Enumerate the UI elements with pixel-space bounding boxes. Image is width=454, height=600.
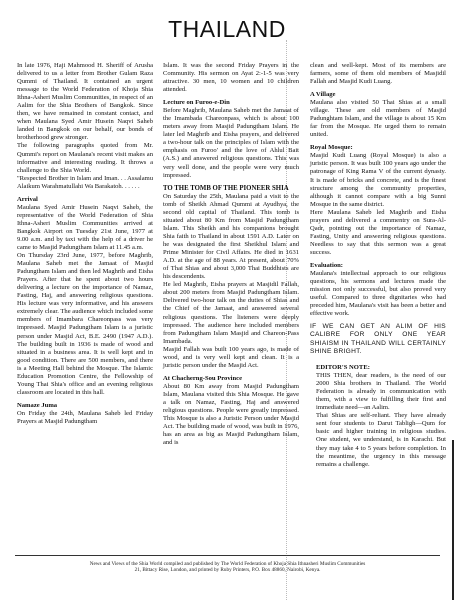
paragraph: He led Maghrib, Eisha prayers at Masjidi… [163,281,299,345]
paragraph: About 80 Km away from Masjid Padungtham … [163,383,299,447]
call-to-action-caps: IF WE CAN GET AN ALIM OF HIS CALIBRE FOR… [310,323,446,356]
paragraph: clean and well-kept. Most of its members… [310,62,446,86]
paragraph: On Saturday the 25th, Maulana paid a vis… [163,193,299,282]
paragraph: Before Maghrib, Maulana Saheb met the Ja… [163,107,299,179]
section-heading-village: A Village [310,91,446,99]
paragraph: In late 1976, Haji Mahmood H. Sheriff of… [17,62,153,142]
footer-divider [15,555,440,556]
section-heading-chacherng-sou: At Chacherng-Sou Province [163,375,299,383]
section-heading-evaluation: Evaluation: [310,262,446,270]
footer-line-2: 21, Bittacy Rise, London, and printed by… [15,567,440,573]
paragraph: Here Maulana Saheb led Maghrib and Eisha… [310,209,446,257]
section-heading-lecture: Lecture on Furoo-e-Din [163,99,299,107]
page-title: THAILAND [0,16,454,43]
paragraph: Thai Shias are self-reliant. They have a… [316,412,446,468]
paragraph: Maulana's intellectual approach to our r… [310,270,446,318]
column-2: Islam. It was the second Friday Prayers … [163,62,299,447]
column-3: clean and well-kept. Most of its members… [310,62,446,469]
paragraph: Islam. It was the second Friday Prayers … [163,62,299,94]
paragraph: On Friday the 24th, Maulana Saheb led Fr… [17,410,153,426]
editors-note: EDITOR'S NOTE: THIS THEN, dear readers, … [310,364,446,469]
paragraph: Masjid Kudi Luang (Royal Mosque) is also… [310,152,446,208]
editors-note-heading: EDITOR'S NOTE: [316,364,446,372]
paragraph: Maulana Syed Amir Husein Naqvi Saheb, th… [17,204,153,252]
section-heading-royal-mosque: Royal Mosque: [310,144,446,152]
paragraph: Masjid Fallah was built 100 years ago, i… [163,346,299,370]
column-1: In late 1976, Haji Mahmood H. Sheriff of… [17,62,153,426]
footer: News and Views of the Shia World compile… [15,561,440,574]
paragraph: The following paragraphs quoted from Mr.… [17,142,153,174]
paragraph: Maulana also visited 50 Thai Shias at a … [310,99,446,139]
section-heading-tomb: TO THE TOMB OF THE PIONEER SHIA [163,185,299,193]
section-heading-arrival: Arrival [17,196,153,204]
paragraph: THIS THEN, dear readers, is the need of … [316,372,446,412]
paragraph: On Thursday 23rd June, 1977, before Magh… [17,252,153,397]
section-heading-namaze-juma: Namaze Juma [17,402,153,410]
paragraph: "Respected Brother in Islam and Iman. . … [17,175,153,191]
